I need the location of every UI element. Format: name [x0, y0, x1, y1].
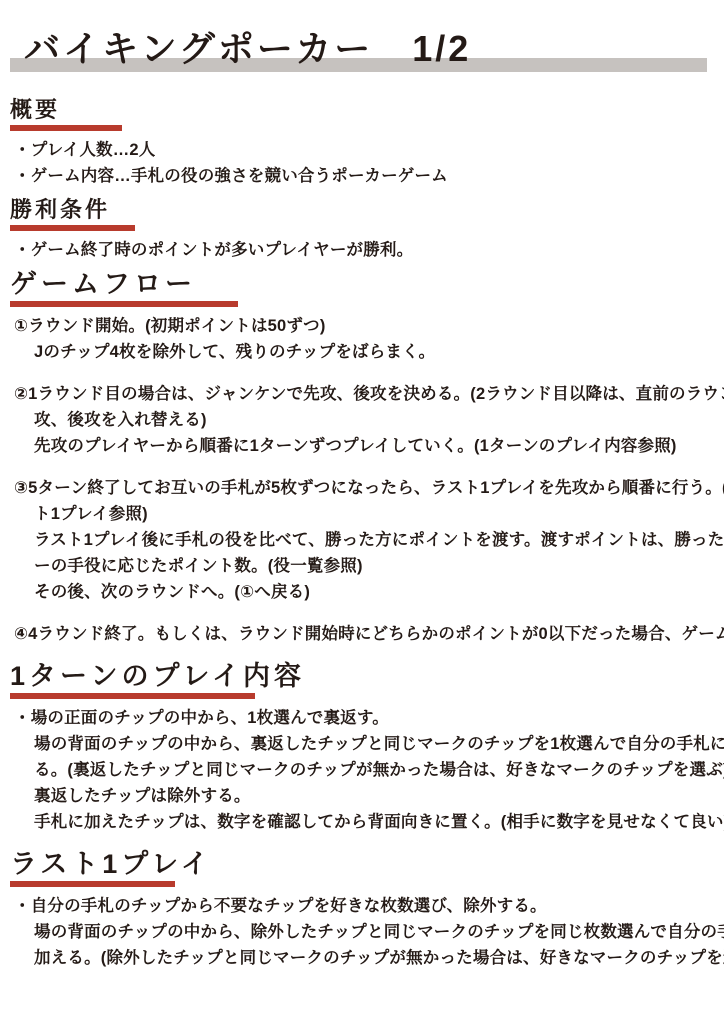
- heading-underline: [10, 301, 238, 307]
- text-line: ラスト1プレイ後に手札の役を比べて、勝った方にポイントを渡す。渡すポイントは、勝…: [10, 527, 714, 553]
- document-page: バイキングポーカー 1/2 概要 ・プレイ人数…2人 ・ゲーム内容…手札の役の強…: [0, 0, 724, 1023]
- paragraph: ・自分の手札のチップから不要なチップを好きな枚数選び、除外する。 場の背面のチッ…: [10, 893, 714, 971]
- text-line: その後、次のラウンドへ。(①へ戻る): [10, 579, 714, 605]
- text-line: ・ゲーム終了時のポイントが多いプレイヤーが勝利。: [10, 237, 714, 263]
- section-heading-text: ラスト1プレイ: [10, 849, 714, 879]
- section-heading: ラスト1プレイ: [10, 849, 714, 887]
- text-line: Jのチップ4枚を除外して、残りのチップをばらまく。: [10, 339, 714, 365]
- text-line: ②1ラウンド目の場合は、ジャンケンで先攻、後攻を決める。(2ラウンド目以降は、直…: [10, 381, 714, 407]
- text-line: ーの手役に応じたポイント数。(役一覧参照): [10, 553, 714, 579]
- section-overview: 概要 ・プレイ人数…2人 ・ゲーム内容…手札の役の強さを競い合うポーカーゲーム: [10, 97, 714, 189]
- text-line: ・自分の手札のチップから不要なチップを好きな枚数選び、除外する。: [10, 893, 714, 919]
- text-line: 手札に加えたチップは、数字を確認してから背面向きに置く。(相手に数字を見せなくて…: [10, 809, 714, 835]
- section-heading: 勝利条件: [10, 197, 714, 231]
- text-line: ト1プレイ参照): [10, 501, 714, 527]
- section-heading: ゲームフロー: [10, 269, 714, 307]
- text-line: 場の背面のチップの中から、除外したチップと同じマークのチップを同じ枚数選んで自分…: [10, 919, 714, 945]
- text-line: 裏返したチップは除外する。: [10, 783, 714, 809]
- text-line: ④4ラウンド終了。もしくは、ラウンド開始時にどちらかのポイントが0以下だった場合…: [10, 621, 714, 647]
- paragraph: ②1ラウンド目の場合は、ジャンケンで先攻、後攻を決める。(2ラウンド目以降は、直…: [10, 381, 714, 459]
- heading-underline: [10, 225, 135, 231]
- heading-underline: [10, 881, 175, 887]
- text-line: 場の背面のチップの中から、裏返したチップと同じマークのチップを1枚選んで自分の手…: [10, 731, 714, 757]
- section-victory-conditions: 勝利条件 ・ゲーム終了時のポイントが多いプレイヤーが勝利。: [10, 197, 714, 263]
- section-last-play: ラスト1プレイ ・自分の手札のチップから不要なチップを好きな枚数選び、除外する。…: [10, 849, 714, 971]
- section-heading-text: ゲームフロー: [10, 269, 714, 299]
- section-game-flow: ゲームフロー ①ラウンド開始。(初期ポイントは50ずつ) Jのチップ4枚を除外し…: [10, 269, 714, 647]
- section-heading-text: 概要: [10, 97, 714, 123]
- paragraph: ・場の正面のチップの中から、1枚選んで裏返す。 場の背面のチップの中から、裏返し…: [10, 705, 714, 835]
- section-heading-text: 勝利条件: [10, 197, 714, 223]
- text-line: 攻、後攻を入れ替える): [10, 407, 714, 433]
- text-line: 加える。(除外したチップと同じマークのチップが無かった場合は、好きなマークのチッ…: [10, 945, 714, 971]
- section-turn-play: 1ターンのプレイ内容 ・場の正面のチップの中から、1枚選んで裏返す。 場の背面の…: [10, 661, 714, 835]
- paragraph: ・ゲーム終了時のポイントが多いプレイヤーが勝利。: [10, 237, 714, 263]
- text-line: ③5ターン終了してお互いの手札が5枚ずつになったら、ラスト1プレイを先攻から順番…: [10, 475, 714, 501]
- text-line: 先攻のプレイヤーから順番に1ターンずつプレイしていく。(1ターンのプレイ内容参照…: [10, 433, 714, 459]
- paragraph: ③5ターン終了してお互いの手札が5枚ずつになったら、ラスト1プレイを先攻から順番…: [10, 475, 714, 605]
- paragraph: ・プレイ人数…2人 ・ゲーム内容…手札の役の強さを競い合うポーカーゲーム: [10, 137, 714, 189]
- text-line: ①ラウンド開始。(初期ポイントは50ずつ): [10, 313, 714, 339]
- heading-underline: [10, 693, 255, 699]
- page-title: バイキングポーカー 1/2: [10, 26, 716, 72]
- document-header: バイキングポーカー 1/2: [10, 26, 716, 72]
- paragraph: ①ラウンド開始。(初期ポイントは50ずつ) Jのチップ4枚を除外して、残りのチッ…: [10, 313, 714, 365]
- section-heading: 概要: [10, 97, 714, 131]
- heading-underline: [10, 125, 122, 131]
- text-line: ・ゲーム内容…手札の役の強さを競い合うポーカーゲーム: [10, 163, 714, 189]
- paragraph: ④4ラウンド終了。もしくは、ラウンド開始時にどちらかのポイントが0以下だった場合…: [10, 621, 714, 647]
- text-line: ・プレイ人数…2人: [10, 137, 714, 163]
- section-heading: 1ターンのプレイ内容: [10, 661, 714, 699]
- text-line: る。(裏返したチップと同じマークのチップが無かった場合は、好きなマークのチップを…: [10, 757, 714, 783]
- text-line: ・場の正面のチップの中から、1枚選んで裏返す。: [10, 705, 714, 731]
- section-heading-text: 1ターンのプレイ内容: [10, 661, 714, 691]
